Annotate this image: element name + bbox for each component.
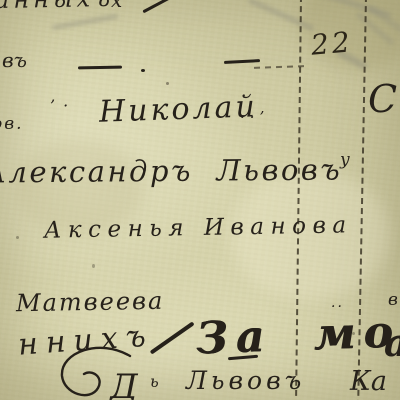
ink-speck: [166, 82, 169, 85]
filler-dash: [78, 66, 122, 69]
handwriting-pre-mark: ’·: [50, 98, 76, 114]
register-page-scan: анныхъ х въ 22 ’· Николай ··’ ов. Алекса…: [0, 0, 400, 400]
spiral-flourish: [54, 346, 134, 400]
large-script-tail-letter: а: [384, 324, 400, 362]
pen-stroke: [142, 0, 175, 13]
pencil-smudge: [52, 14, 118, 29]
filler-dash-dotted: [254, 65, 304, 69]
bottom-small-mark: ь: [150, 374, 159, 390]
surname-script: Матвеева: [16, 289, 165, 316]
bottom-name-script: Львовъ: [186, 368, 305, 393]
handwriting-top-mark: х: [111, 0, 122, 10]
entry-number: 22: [310, 28, 354, 60]
pen-stroke: [150, 321, 195, 354]
handwriting-top-fragment: анныхъ: [0, 0, 114, 12]
bottom-right-word-fragment: Ка: [350, 368, 387, 395]
mother-name-script: Аксенья Иванова: [44, 214, 353, 242]
left-edge-word-fragment: ов.: [0, 116, 24, 133]
large-script-right-fragment: За мо: [195, 310, 400, 361]
filler-dash: [224, 59, 260, 63]
right-column-small-letter: в: [388, 292, 398, 309]
right-column-small-mark: у: [340, 152, 350, 169]
ink-speck: [16, 236, 19, 239]
given-name-trailing-flourish: ··’: [240, 110, 269, 125]
ink-dot: [141, 69, 145, 72]
father-name-script: Александръ Львовъ: [0, 155, 342, 187]
given-name-script: Николай: [99, 92, 259, 128]
right-column-letter-fragment: С: [368, 80, 397, 118]
handwriting-left-word: въ: [2, 50, 27, 70]
ink-speck: [92, 264, 95, 268]
